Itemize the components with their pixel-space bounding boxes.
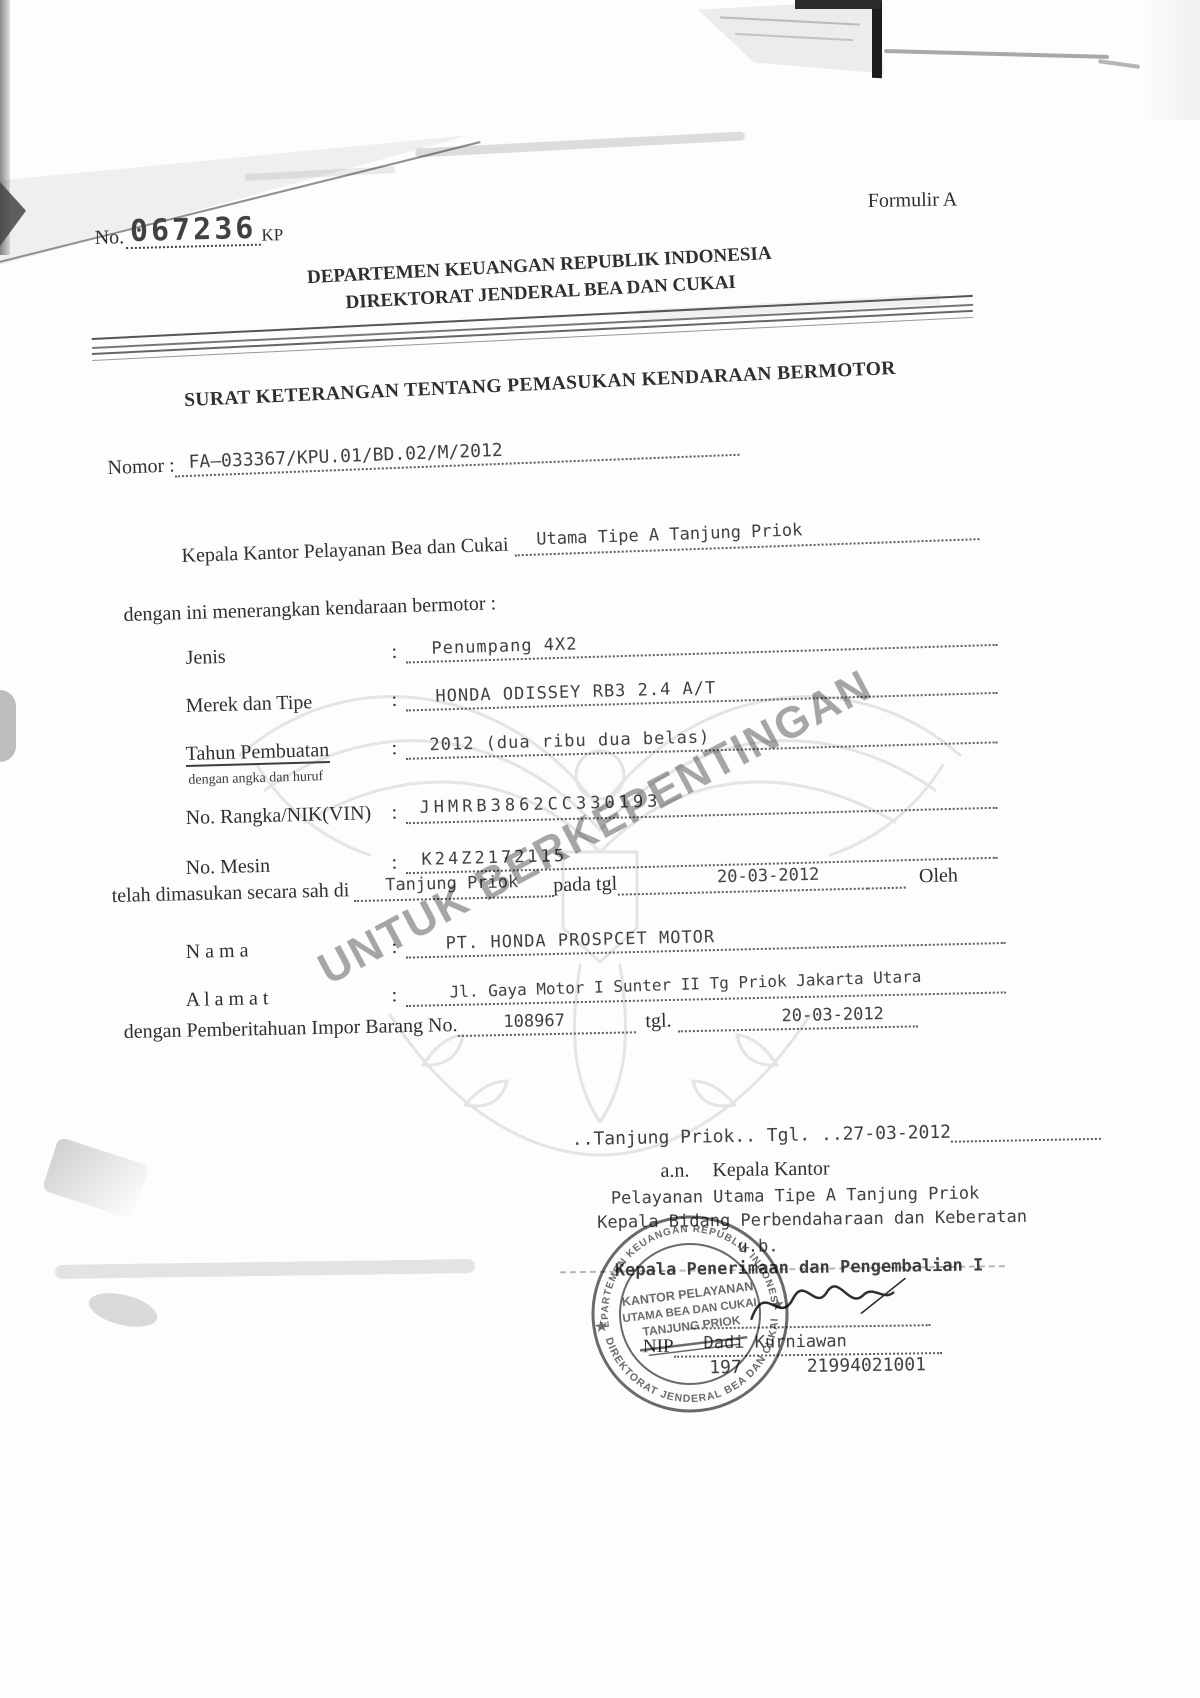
pib-number: 108967	[503, 1011, 565, 1032]
stamp-star-right: ★	[771, 1295, 786, 1312]
entry-trailing-dots	[867, 861, 906, 890]
nomor-dotted-line: FA–033367/KPU.01/BD.02/M/2012	[174, 428, 740, 478]
stamp-star-left: ★	[594, 1317, 609, 1334]
nomor-value: FA–033367/KPU.01/BD.02/M/2012	[188, 440, 503, 473]
serial-no-label: No.	[94, 226, 124, 250]
signoff-title1: Kepala Kantor	[712, 1158, 829, 1182]
entry-suffix: Oleh	[919, 864, 958, 888]
pib-date-label: tgl.	[645, 1010, 672, 1034]
field-colon: :	[391, 688, 406, 711]
scan-left-mid-blob	[0, 690, 16, 762]
field-colon: :	[391, 801, 406, 824]
kepala-kantor-dotted-line: Utama Tipe A Tanjung Priok	[514, 512, 980, 556]
signoff-an-line: a.n. Kepala Kantor	[660, 1158, 829, 1183]
nomor-label: Nomor :	[107, 454, 175, 480]
kepala-kantor-value: Utama Tipe A Tanjung Priok	[536, 520, 803, 549]
entry-date: 20-03-2012	[717, 865, 820, 887]
scan-top-gray-line	[884, 49, 1109, 59]
scan-top-folded-corner	[698, 0, 884, 80]
scan-right-edge-tint	[1140, 0, 1200, 120]
alamat-label: A l a m a t	[185, 984, 391, 1012]
serial-suffix: KP	[261, 225, 283, 246]
scan-bottom-left-streak-1	[42, 1137, 150, 1220]
pib-number-dotted: 108967	[457, 1005, 636, 1037]
field-value: Penumpang 4X2	[431, 634, 578, 658]
signoff-title2: Pelayanan Utama Tipe A Tanjung Priok	[611, 1183, 980, 1208]
signoff-an: a.n.	[660, 1160, 689, 1182]
office-round-stamp: DEPARTEMEN KEUANGAN REPUBLIK INDONESIA D…	[572, 1196, 808, 1432]
nama-value: PT. HONDA PROSPCET MOTOR	[445, 927, 715, 954]
serial-number-line: No. 067236 KP	[94, 213, 283, 250]
document-title: SURAT KETERANGAN TENTANG PEMASUKAN KENDA…	[0, 350, 1080, 421]
field-value: 2012 (dua ribu dua belas)	[429, 727, 710, 755]
field-colon: :	[391, 737, 406, 760]
alamat-colon: :	[391, 984, 406, 1007]
scan-top-fold-dark-bar	[795, 0, 881, 9]
nomor-line: Nomor : FA–033367/KPU.01/BD.02/M/2012	[107, 428, 740, 480]
entry-date-label: pada tgl	[553, 873, 617, 898]
formulir-code: Formulir A	[868, 188, 958, 213]
scan-bottom-left-streak-2	[85, 1287, 160, 1333]
closing-trailing-dots	[951, 1116, 1101, 1143]
scanned-document-page: Formulir A No. 067236 KP DEPARTEMEN KEUA…	[0, 0, 1200, 1698]
field-value: HONDA ODISSEY RB3 2.4 A/T	[435, 678, 716, 706]
scan-top-fold-dark-edge	[872, 0, 882, 78]
formulir-label: Formulir A	[868, 188, 958, 213]
field-colon: :	[391, 640, 406, 663]
field-colon: :	[391, 851, 406, 874]
scan-bottom-left-bar	[55, 1259, 475, 1279]
pib-date: 20-03-2012	[781, 1004, 884, 1026]
pib-date-dotted: 20-03-2012	[677, 999, 918, 1032]
scan-top-gray-hook	[1098, 59, 1140, 69]
field-label: Tahun Pembuatan	[185, 739, 329, 767]
serial-number: 067236	[126, 214, 261, 250]
